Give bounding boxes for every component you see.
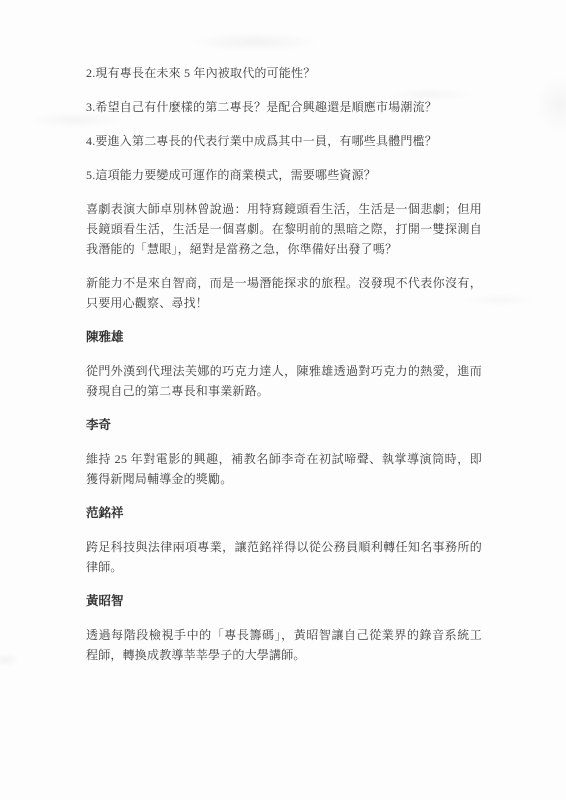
document-page: 2.現有專長在未來 5 年內被取代的可能性？ 3.希望自己有什麼樣的第二專長？是…: [0, 0, 566, 800]
profile-name-li-qi: 李奇: [86, 415, 482, 435]
profile-name-huang-zhao-zhi: 黃昭智: [86, 591, 482, 611]
profile-bio-huang-zhao-zhi: 透過每階段檢視手中的「專長籌碼」，黃昭智讓自己從業界的錄音系統工程師，轉換成教導…: [86, 625, 482, 665]
profile-name-fan-ming-xiang: 范銘祥: [86, 503, 482, 523]
question-item-5: 5.這項能力要變成可運作的商業模式，需要哪些資源？: [86, 165, 482, 185]
intro-paragraph-ability: 新能力不是來自智商，而是一場潛能探求的旅程。沒發現不代表你沒有，只要用心觀察、尋…: [86, 273, 482, 313]
question-item-2: 2.現有專長在未來 5 年內被取代的可能性？: [86, 63, 482, 83]
profile-bio-li-qi: 維持 25 年對電影的興趣，補教名師李奇在初試啼聲、執掌導演筒時，即獲得新聞局輔…: [86, 449, 482, 489]
profile-name-chen-ya-xiong: 陳雅雄: [86, 327, 482, 347]
question-item-4: 4.要進入第二專長的代表行業中成爲其中一員，有哪些具體門檻？: [86, 131, 482, 151]
question-item-3: 3.希望自己有什麼樣的第二專長？是配合興趣還是順應市場潮流？: [86, 97, 482, 117]
profile-bio-chen-ya-xiong: 從門外漢到代理法芙娜的巧克力達人，陳雅雄透過對巧克力的熱愛，進而發現自己的第二專…: [86, 361, 482, 401]
intro-paragraph-quote: 喜劇表演大師卓別林曾說過：用特寫鏡頭看生活，生活是一個悲劇；但用長鏡頭看生活，生…: [86, 199, 482, 259]
profile-bio-fan-ming-xiang: 跨足科技與法律兩項專業，讓范銘祥得以從公務員順利轉任知名事務所的律師。: [86, 537, 482, 577]
